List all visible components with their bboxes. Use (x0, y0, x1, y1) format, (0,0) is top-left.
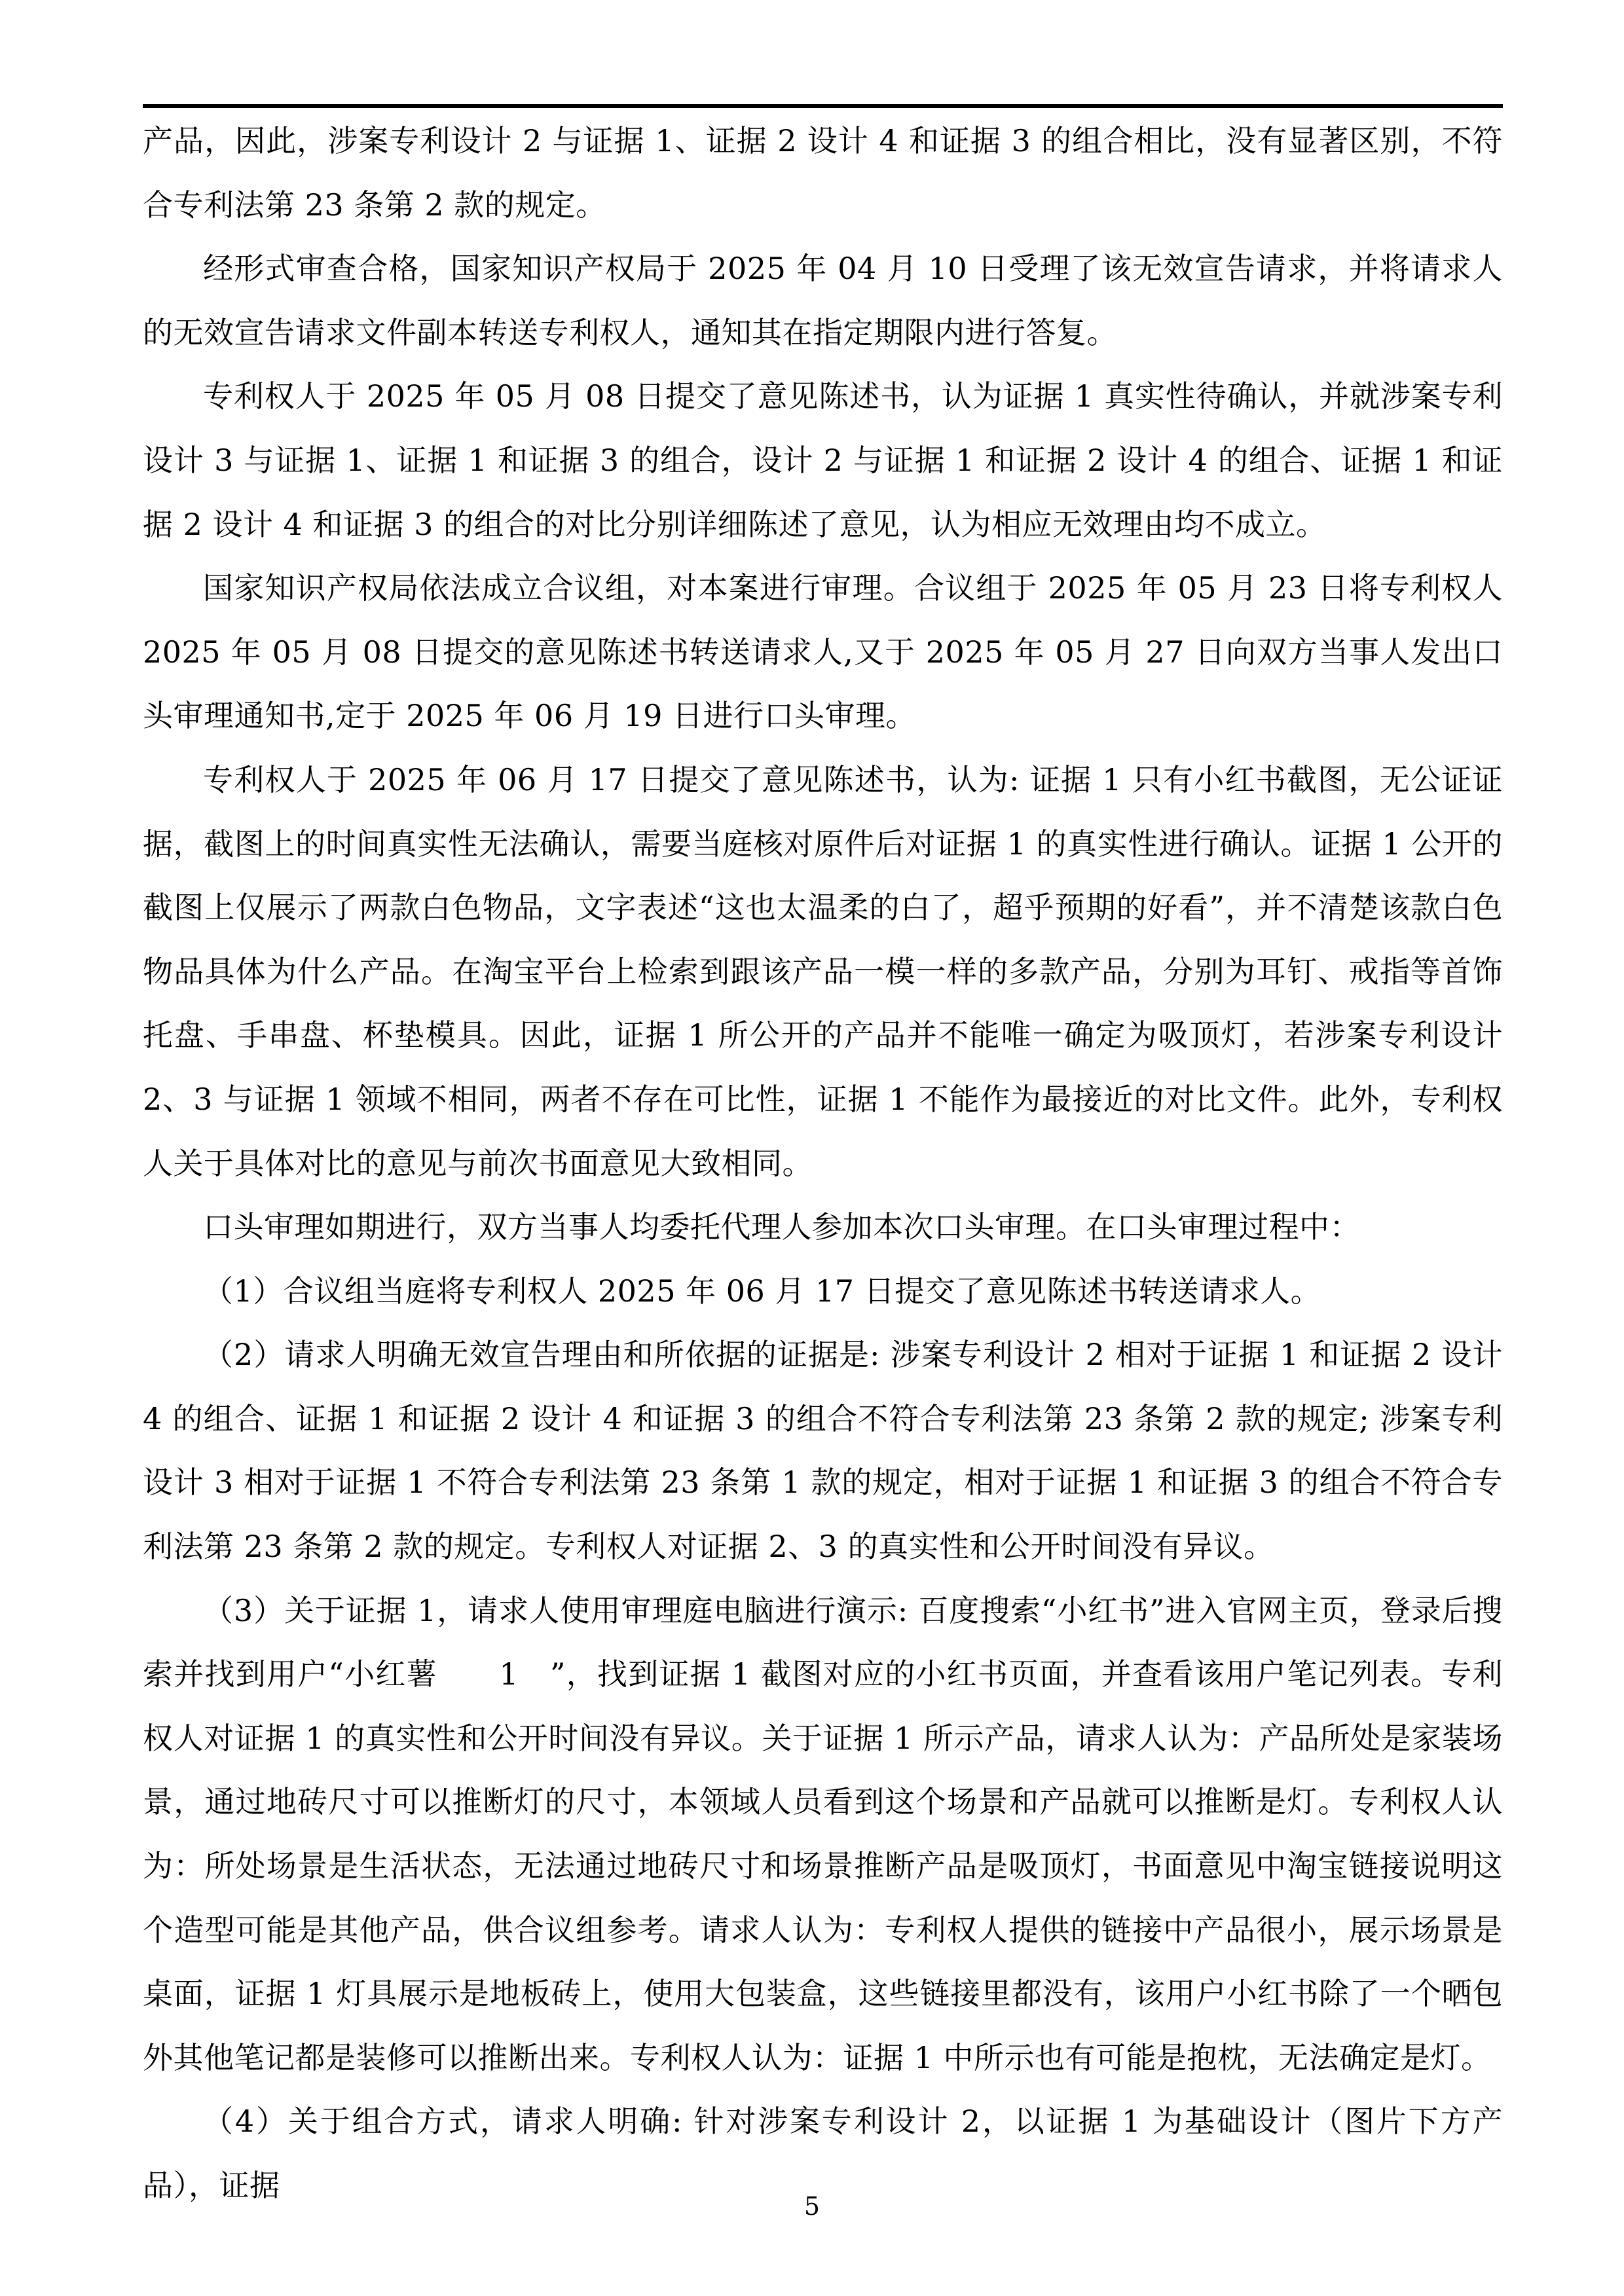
page-footer: 5 (0, 2192, 1624, 2221)
paragraph: （2）请求人明确无效宣告理由和所依据的证据是: 涉案专利设计 2 相对于证据 1… (143, 1323, 1503, 1578)
header-rule (143, 104, 1503, 108)
paragraph: 专利权人于 2025 年 06 月 17 日提交了意见陈述书，认为: 证据 1 … (143, 748, 1503, 1195)
document-page: 产品，因此，涉案专利设计 2 与证据 1、证据 2 设计 4 和证据 3 的组合… (0, 0, 1624, 2296)
paragraph: 口头审理如期进行，双方当事人均委托代理人参加本次口头审理。在口头审理过程中： (143, 1195, 1503, 1260)
paragraph: （1）合议组当庭将专利权人 2025 年 06 月 17 日提交了意见陈述书转送… (143, 1260, 1503, 1324)
page-number: 5 (804, 2192, 820, 2221)
paragraph: 专利权人于 2025 年 05 月 08 日提交了意见陈述书，认为证据 1 真实… (143, 365, 1503, 556)
document-body: 产品，因此，涉案专利设计 2 与证据 1、证据 2 设计 4 和证据 3 的组合… (143, 109, 1503, 2218)
paragraph: 经形式审查合格，国家知识产权局于 2025 年 04 月 10 日受理了该无效宣… (143, 237, 1503, 365)
paragraph: 产品，因此，涉案专利设计 2 与证据 1、证据 2 设计 4 和证据 3 的组合… (143, 109, 1503, 237)
paragraph: （3）关于证据 1，请求人使用审理庭电脑进行演示: 百度搜索“小红书”进入官网主… (143, 1579, 1503, 2090)
paragraph: 国家知识产权局依法成立合议组，对本案进行审理。合议组于 2025 年 05 月 … (143, 556, 1503, 748)
